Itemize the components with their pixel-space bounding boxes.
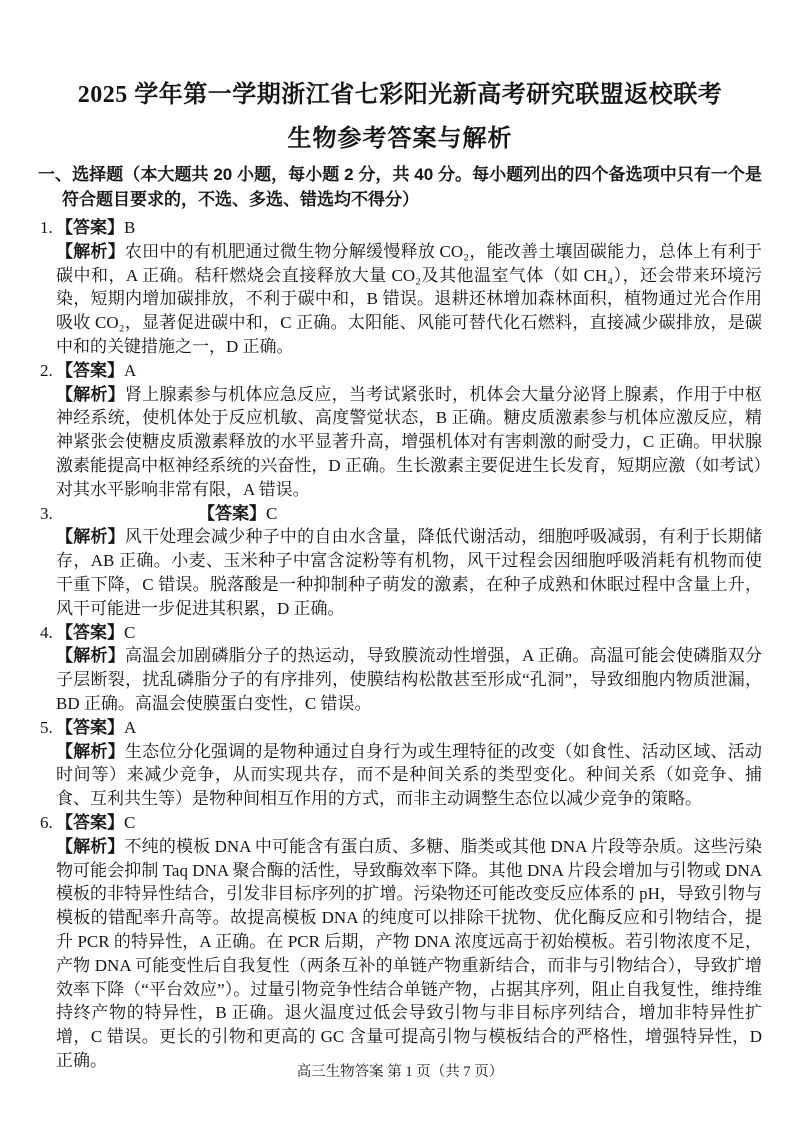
analysis-paragraph: 【解析】生态位分化强调的是物种通过自身行为或生理特征的改变（如食性、活动区域、活… (38, 740, 762, 811)
question-number: 3. (40, 502, 53, 526)
question-block: 1.【答案】B 【解析】农田中的有机肥通过微生物分解缓慢释放 CO₂，能改善土壤… (38, 216, 762, 359)
analysis-text: 生态位分化强调的是物种通过自身行为或生理特征的改变（如食性、活动区域、活动时间等… (56, 742, 762, 809)
question-block: 2.【答案】A 【解析】肾上腺素参与机体应急反应，当考试紧张时，机体会大量分泌肾… (38, 359, 762, 502)
answer-letter: A (124, 718, 136, 737)
analysis-label: 【解析】 (56, 527, 125, 546)
question-number: 5. (40, 716, 53, 740)
answer-label: 【答案】 (56, 718, 124, 737)
analysis-text: 风干处理会减少种子中的自由水含量，降低代谢活动，细胞呼吸减弱，有利于长期储存，A… (56, 527, 762, 617)
analysis-label: 【解析】 (56, 646, 125, 665)
analysis-text: 肾上腺素参与机体应急反应，当考试紧张时，机体会大量分泌肾上腺素，作用于中枢神经系… (56, 385, 762, 499)
question-number: 4. (40, 621, 53, 645)
question-block: 5.【答案】A 【解析】生态位分化强调的是物种通过自身行为或生理特征的改变（如食… (38, 716, 762, 811)
answer-label: 【答案】 (198, 504, 266, 523)
analysis-paragraph: 【解析】高温会加剧磷脂分子的热运动，导致膜流动性增强，A 正确。高温可能会使磷脂… (38, 644, 762, 715)
question-block: 4.【答案】C 【解析】高温会加剧磷脂分子的热运动，导致膜流动性增强，A 正确。… (38, 621, 762, 716)
answer-line: 4.【答案】C (38, 621, 762, 645)
question-number: 2. (40, 359, 53, 383)
page-footer: 高三生物答案 第 1 页（共 7 页） (0, 1062, 800, 1082)
section-heading: 一、选择题（本大题共 20 小题，每小题 2 分，共 40 分。每小题列出的四个… (38, 162, 762, 212)
question-block: 3.【答案】C 【解析】风干处理会减少种子中的自由水含量，降低代谢活动，细胞呼吸… (38, 502, 762, 621)
answer-line: 2.【答案】A (38, 359, 762, 383)
analysis-label: 【解析】 (56, 242, 125, 261)
exam-answer-sheet: 2025 学年第一学期浙江省七彩阳光新高考研究联盟返校联考 生物参考答案与解析 … (0, 0, 800, 1130)
answer-line: 6.【答案】C (38, 811, 762, 835)
analysis-label: 【解析】 (56, 742, 125, 761)
questions-list: 1.【答案】B 【解析】农田中的有机肥通过微生物分解缓慢释放 CO₂，能改善土壤… (38, 216, 762, 1073)
answer-line: 3.【答案】C (38, 502, 762, 526)
answer-label: 【答案】 (56, 813, 124, 832)
analysis-text: 高温会加剧磷脂分子的热运动，导致膜流动性增强，A 正确。高温可能会使磷脂双分子层… (56, 646, 762, 713)
answer-letter: B (124, 218, 135, 237)
answer-letter: C (124, 623, 135, 642)
analysis-paragraph: 【解析】肾上腺素参与机体应急反应，当考试紧张时，机体会大量分泌肾上腺素，作用于中… (38, 383, 762, 502)
analysis-label: 【解析】 (56, 837, 125, 856)
exam-title: 2025 学年第一学期浙江省七彩阳光新高考研究联盟返校联考 (38, 80, 762, 110)
answer-letter: C (266, 504, 277, 523)
analysis-text: 农田中的有机肥通过微生物分解缓慢释放 CO₂，能改善土壤固碳能力，总体上有利于碳… (56, 242, 762, 356)
question-number: 6. (40, 811, 53, 835)
question-number: 1. (40, 216, 53, 240)
answer-letter: A (124, 361, 136, 380)
answer-line: 1.【答案】B (38, 216, 762, 240)
answer-line: 5.【答案】A (38, 716, 762, 740)
analysis-paragraph: 【解析】农田中的有机肥通过微生物分解缓慢释放 CO₂，能改善土壤固碳能力，总体上… (38, 240, 762, 359)
answer-letter: C (124, 813, 135, 832)
answer-label: 【答案】 (56, 361, 124, 380)
page-footer-text: 高三生物答案 第 1 页（共 7 页） (297, 1064, 504, 1080)
answer-label: 【答案】 (56, 623, 124, 642)
analysis-label: 【解析】 (56, 385, 125, 404)
analysis-paragraph: 【解析】风干处理会减少种子中的自由水含量，降低代谢活动，细胞呼吸减弱，有利于长期… (38, 525, 762, 620)
exam-subtitle: 生物参考答案与解析 (38, 124, 762, 154)
answer-label: 【答案】 (56, 218, 124, 237)
question-block: 6.【答案】C 【解析】不纯的模板 DNA 中可能含有蛋白质、多糖、脂类或其他 … (38, 811, 762, 1073)
analysis-paragraph: 【解析】不纯的模板 DNA 中可能含有蛋白质、多糖、脂类或其他 DNA 片段等杂… (38, 835, 762, 1073)
analysis-text: 不纯的模板 DNA 中可能含有蛋白质、多糖、脂类或其他 DNA 片段等杂质。这些… (56, 837, 762, 1070)
